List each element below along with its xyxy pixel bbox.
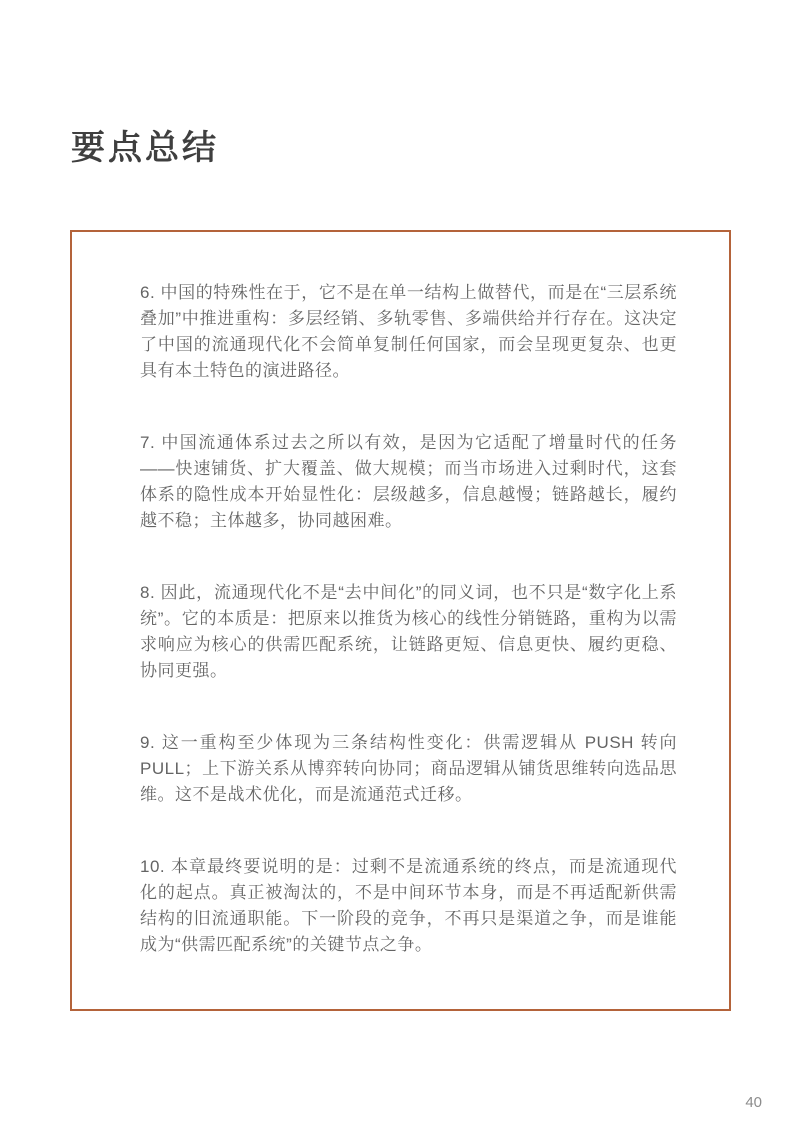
- key-points-box: 6. 中国的特殊性在于，它不是在单一结构上做替代，而是在“三层系统叠加”中推进重…: [70, 230, 731, 1011]
- key-point-paragraph-7: 7. 中国流通体系过去之所以有效，是因为它适配了增量时代的任务——快速铺货、扩大…: [140, 430, 677, 534]
- key-point-paragraph-10: 10. 本章最终要说明的是：过剩不是流通系统的终点，而是流通现代化的起点。真正被…: [140, 854, 677, 958]
- key-point-paragraph-8: 8. 因此，流通现代化不是“去中间化”的同义词，也不只是“数字化上系统”。它的本…: [140, 580, 677, 684]
- key-point-paragraph-9: 9. 这一重构至少体现为三条结构性变化：供需逻辑从 PUSH 转向 PULL；上…: [140, 730, 677, 808]
- key-point-paragraph-6: 6. 中国的特殊性在于，它不是在单一结构上做替代，而是在“三层系统叠加”中推进重…: [140, 280, 677, 384]
- page-title: 要点总结: [71, 120, 219, 169]
- page-number: 40: [745, 1094, 762, 1111]
- document-page: 要点总结 6. 中国的特殊性在于，它不是在单一结构上做替代，而是在“三层系统叠加…: [0, 0, 800, 1131]
